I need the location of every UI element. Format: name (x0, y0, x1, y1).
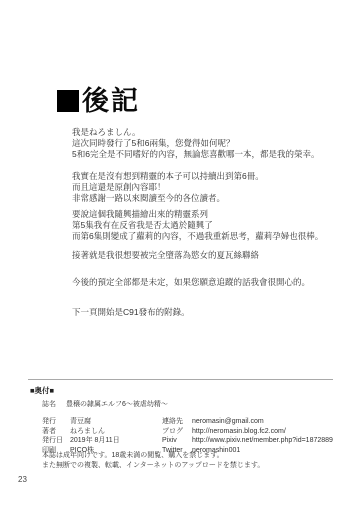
colophon-right-column: 連絡先neromasin@gmail.com ブログhttp://neromas… (162, 417, 333, 455)
afterword-line: 我實在是沒有想到精靈的本子可以持續出到第6冊。 (72, 171, 346, 182)
book-title-row: 誌名豊穣の隷属エルフ6～被虐幼精～ (42, 399, 168, 409)
afterword-paragraph: 我實在是沒有想到精靈的本子可以持續出到第6冊。 而且這還是原創內容耶！ 非常感謝… (72, 171, 346, 204)
publish-date-row: 発行日2019年 8月11日 (42, 436, 120, 446)
field-label: 誌名 (42, 399, 62, 409)
publisher-row: 発行青豆腐 (42, 417, 120, 427)
disclaimer-line: 本誌は成年向けです。18歳未満の閲覧、購入を禁じます。 (42, 451, 264, 461)
author-row: 著者ねろましん (42, 427, 120, 437)
pixiv-row: Pixivhttp://www.pixiv.net/member.php?id=… (162, 436, 333, 446)
book-title-value: 豊穣の隷属エルフ6～被虐幼精～ (66, 401, 168, 408)
afterword-line: 而第6集則變成了蘿莉的內容，不過我重新思考，蘿莉孕婦也很棒。 (72, 231, 346, 242)
afterword-line: 我是ねろましん。 (72, 127, 346, 138)
colophon-divider (28, 379, 333, 380)
afterword-paragraph: 接著就是我很想要被完全墮落為慾女的夏瓦絲聯絡 (72, 250, 346, 261)
afterword-line: 這次同時發行了5和6兩集，您覺得如何呢？ (72, 138, 346, 149)
field-label: ブログ (162, 427, 190, 437)
afterword-line: 要說這個我隨興描繪出來的精靈系列 (72, 209, 346, 220)
field-value: ねろましん (70, 428, 105, 435)
pixiv-url: http://www.pixiv.net/member.php?id=18728… (192, 437, 333, 444)
contact-email: neromasin@gmail.com (192, 418, 264, 425)
disclaimer-line: また無断での複製、転載、インターネットのアップロードを禁じます。 (42, 461, 264, 471)
colophon-heading: ■奥付■ (30, 385, 54, 396)
field-label: 著者 (42, 427, 68, 437)
field-label: 発行 (42, 417, 68, 427)
afterword-line: 下一頁開始是C91發布的附錄。 (72, 307, 346, 318)
blog-url: http://neromasin.blog.fc2.com/ (192, 428, 286, 435)
afterword-line: 5和6完全是不同嗜好的內容，無論您喜歡哪一本，都是我的榮幸。 (72, 149, 346, 160)
page-title: 後記 (57, 88, 140, 114)
afterword-page: 後記 我是ねろましん。 這次同時發行了5和6兩集，您覺得如何呢？ 5和6完全是不… (0, 0, 360, 514)
afterword-line: 而且這還是原創內容耶！ (72, 182, 346, 193)
field-label: Pixiv (162, 436, 190, 446)
afterword-body: 我是ねろましん。 這次同時發行了5和6兩集，您覺得如何呢？ 5和6完全是不同嗜好… (72, 127, 346, 318)
blog-row: ブログhttp://neromasin.blog.fc2.com/ (162, 427, 333, 437)
heading-square-icon (57, 90, 79, 112)
field-label: 連絡先 (162, 417, 190, 427)
afterword-paragraph: 下一頁開始是C91發布的附錄。 (72, 307, 346, 318)
field-value: 2019年 8月11日 (70, 437, 120, 444)
afterword-line: 接著就是我很想要被完全墮落為慾女的夏瓦絲聯絡 (72, 250, 346, 261)
afterword-paragraph: 要說這個我隨興描繪出來的精靈系列 第5集我有在反省我是否太過於隨興了 而第6集則… (72, 209, 346, 242)
page-number: 23 (18, 475, 27, 484)
afterword-line: 今後的預定全部都是未定，如果您願意追蹤的話我會很開心的。 (72, 277, 346, 288)
colophon-left-column: 発行青豆腐 著者ねろましん 発行日2019年 8月11日 印刷PICO株 (42, 417, 120, 455)
contact-row: 連絡先neromasin@gmail.com (162, 417, 333, 427)
afterword-line: 非常感謝一路以來閱讀至今的各位讀者。 (72, 193, 346, 204)
page-title-text: 後記 (82, 88, 140, 114)
adult-disclaimer: 本誌は成年向けです。18歳未満の閲覧、購入を禁じます。 また無断での複製、転載、… (42, 451, 264, 470)
afterword-paragraph: 今後的預定全部都是未定，如果您願意追蹤的話我會很開心的。 (72, 277, 346, 288)
afterword-line: 第5集我有在反省我是否太過於隨興了 (72, 220, 346, 231)
field-label: 発行日 (42, 436, 68, 446)
afterword-paragraph: 我是ねろましん。 這次同時發行了5和6兩集，您覺得如何呢？ 5和6完全是不同嗜好… (72, 127, 346, 160)
field-value: 青豆腐 (70, 418, 91, 425)
